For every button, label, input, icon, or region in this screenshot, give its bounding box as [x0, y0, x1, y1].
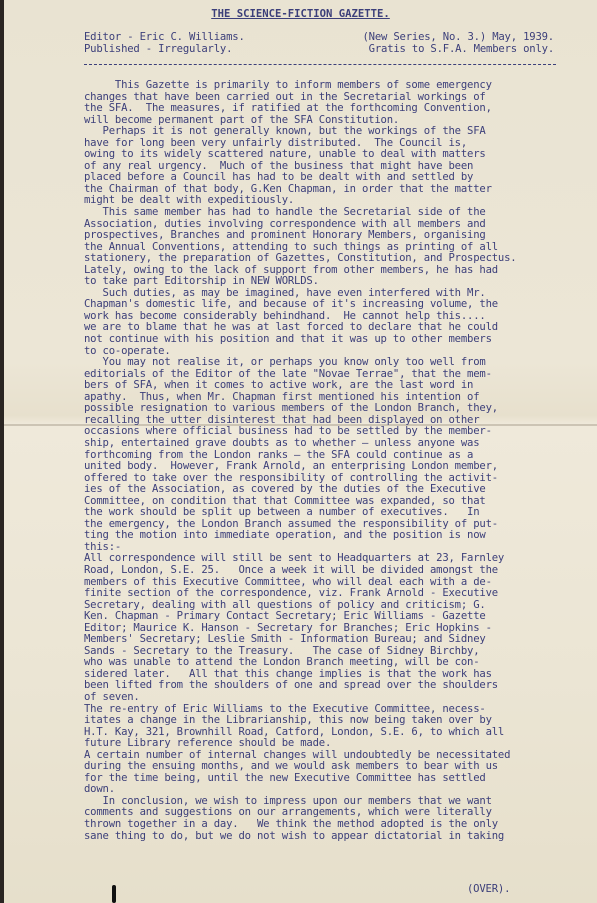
issue-line: (New Series, No. 3.) May, 1939. — [362, 32, 554, 44]
text-line: ship, entertained grave doubts as to whe… — [84, 438, 564, 450]
text-line: for the time being, until the new Execut… — [84, 773, 564, 785]
text-line: This Gazette is primarily to inform memb… — [84, 80, 564, 92]
text-line: not continue with his position and that … — [84, 334, 564, 346]
gazette-title: THE SCIENCE-FICTION GAZETTE. — [4, 9, 597, 21]
text-line: of seven. — [84, 692, 564, 704]
document-page: THE SCIENCE-FICTION GAZETTE. Editor - Er… — [4, 0, 597, 903]
text-line: been lifted from the shoulders of one an… — [84, 680, 564, 692]
text-line: finite section of the correspondence, vi… — [84, 588, 564, 600]
text-line: itates a change in the Librarianship, th… — [84, 715, 564, 727]
text-line: ting the motion into immediate operation… — [84, 530, 564, 542]
text-line: Perhaps it is not generally known, but t… — [84, 126, 564, 138]
published-line: Published - Irregularly. — [84, 44, 232, 56]
editor-line: Editor - Eric C. Williams. — [84, 32, 245, 44]
text-line: ies of the Association, as covered by th… — [84, 484, 564, 496]
text-line: sane thing to do, but we do not wish to … — [84, 831, 564, 843]
masthead: Editor - Eric C. Williams. (New Series, … — [84, 32, 554, 55]
text-line: This same member has had to handle the S… — [84, 207, 564, 219]
text-line: future Library reference should be made. — [84, 738, 564, 750]
masthead-row-2: Published - Irregularly. Gratis to S.F.A… — [84, 44, 554, 56]
dashed-divider — [84, 64, 556, 65]
text-line: You may not realise it, or perhaps you k… — [84, 357, 564, 369]
text-line: prospectives, Branches and prominent Hon… — [84, 230, 564, 242]
over-note: (OVER). — [467, 884, 510, 896]
text-line: Ken. Chapman - Primary Contact Secretary… — [84, 611, 564, 623]
ink-mark — [112, 885, 116, 903]
distribution-line: Gratis to S.F.A. Members only. — [369, 44, 554, 56]
masthead-row-1: Editor - Eric C. Williams. (New Series, … — [84, 32, 554, 44]
text-line: the SFA. The measures, if ratified at th… — [84, 103, 564, 115]
text-line: united body. However, Frank Arnold, an e… — [84, 461, 564, 473]
text-line: thrown together in a day. We think the m… — [84, 819, 564, 831]
article-body: This Gazette is primarily to inform memb… — [84, 80, 564, 842]
text-line: Road, London, S.E. 25. Once a week it wi… — [84, 565, 564, 577]
